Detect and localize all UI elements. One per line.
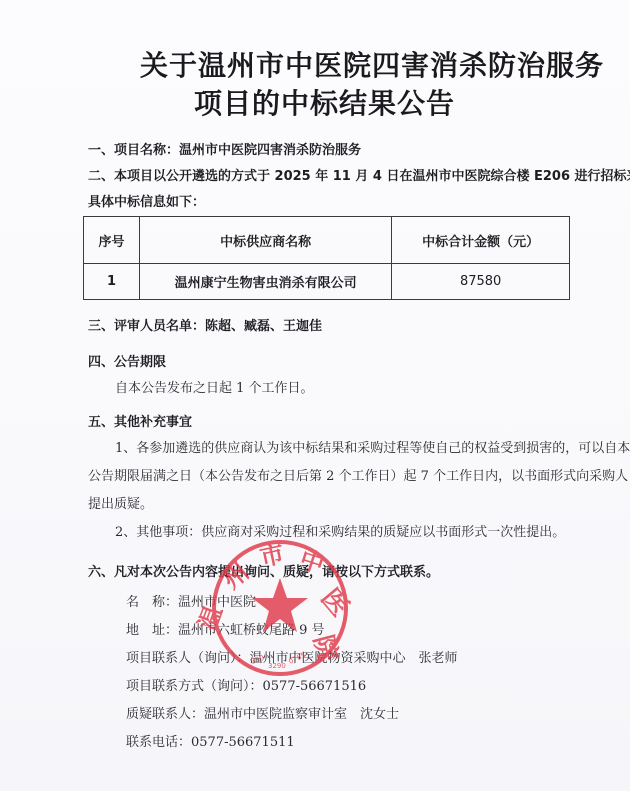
other-matters-item1-line3: 提出质疑。 (88, 496, 153, 514)
project-name-line: 一、项目名称：温州市中医院四害消杀防治服务 (88, 142, 361, 160)
contact-project-person: 项目联系人（询问）：温州市中医院物资采购中心 张老师 (126, 650, 458, 668)
notice-period-heading: 四、公告期限 (88, 354, 166, 372)
award-table-header-row: 序号 中标供应商名称 中标合计金额（元） (84, 217, 570, 264)
document-title-line-1: 关于温州市中医院四害消杀防治服务 (140, 44, 604, 84)
header-amount: 中标合计金额（元） (392, 217, 570, 264)
contact-name: 名 称：温州市中医院 (126, 594, 256, 612)
cell-supplier: 温州康宁生物害虫消杀有限公司 (140, 264, 392, 300)
other-matters-item1-line1: 1、各参加遴选的供应商认为该中标结果和采购过程等使自己的权益受到损害的，可以自本 (115, 440, 630, 458)
cell-amount: 87580 (392, 264, 570, 300)
contact-project-phone: 项目联系方式（询问）：0577-56671516 (126, 678, 366, 696)
other-matters-heading: 五、其他补充事宜 (88, 414, 192, 432)
cell-index: 1 (84, 264, 140, 300)
svg-text:医: 医 (315, 583, 355, 622)
award-table: 序号 中标供应商名称 中标合计金额（元） 1 温州康宁生物害虫消杀有限公司 87… (83, 216, 570, 300)
reviewers-line: 三、评审人员名单：陈超、臧磊、王迦佳 (88, 318, 322, 336)
procurement-method-line: 二、本项目以公开遴选的方式于 2025 年 11 月 4 日在温州市中医院综合楼… (88, 168, 630, 186)
notice-period-body: 自本公告发布之日起 1 个工作日。 (115, 380, 314, 398)
contact-complaint-phone: 联系电话：0577-56671511 (126, 734, 295, 752)
award-info-intro: 具体中标信息如下： (88, 194, 205, 212)
other-matters-item1-line2: 公告期限届满之日（本公告发布之日后第 2 个工作日）起 7 个工作日内，以书面形… (88, 468, 628, 486)
contact-address: 地 址：温州市六虹桥蛟尾路 9 号 (126, 622, 325, 640)
header-supplier: 中标供应商名称 (140, 217, 392, 264)
contact-complaint-person: 质疑联系人：温州市中医院监察审计室 沈女士 (126, 706, 399, 724)
header-index: 序号 (84, 217, 140, 264)
contact-heading: 六、凡对本次公告内容提出询问、质疑，请按以下方式联系。 (88, 564, 439, 582)
other-matters-item2: 2、其他事项：供应商对采购过程和采购结果的质疑应以书面形式一次性提出。 (115, 524, 565, 542)
document-title-line-2: 项目的中标结果公告 (194, 82, 455, 122)
document-page: 关于温州市中医院四害消杀防治服务 项目的中标结果公告 一、项目名称：温州市中医院… (0, 0, 630, 791)
table-row: 1 温州康宁生物害虫消杀有限公司 87580 (84, 264, 570, 300)
